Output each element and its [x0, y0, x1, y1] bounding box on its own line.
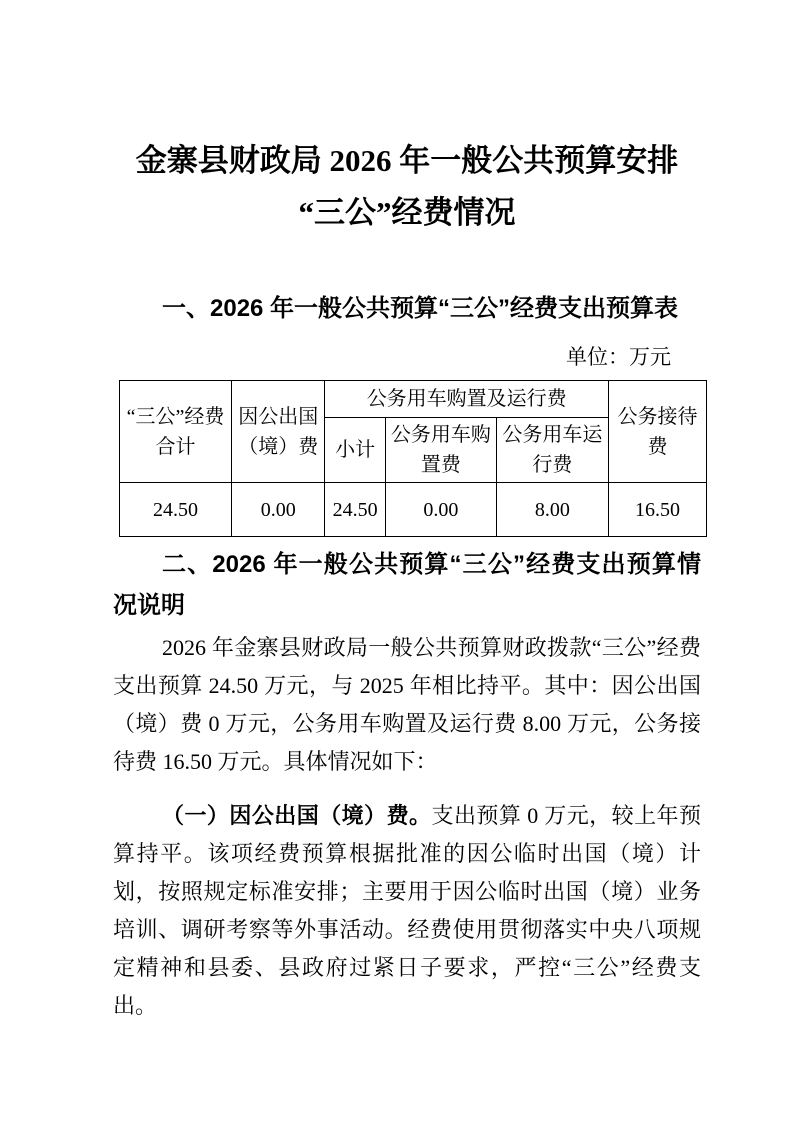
data-cell-purchase: 0.00: [385, 483, 496, 537]
section1-heading: 一、2026 年一般公共预算“三公”经费支出预算表: [113, 288, 701, 329]
section2-paragraph-2: （一）因公出国（境）费。支出预算 0 万元，较上年预算持平。该项经费预算根据批准…: [113, 797, 701, 1025]
header-cell-abroad: 因公出国（境）费: [232, 381, 325, 483]
budget-table: “三公”经费合计 因公出国（境）费 公务用车购置及运行费 公务接待费 小计 公务…: [119, 380, 707, 537]
header-cell-reception: 公务接待费: [608, 381, 706, 483]
header-cell-operation: 公务用车运行费: [496, 418, 608, 483]
header-cell-vehicle-group: 公务用车购置及运行费: [325, 381, 609, 418]
section2-heading: 二、2026 年一般公共预算“三公”经费支出预算情况说明: [113, 544, 701, 626]
data-cell-reception: 16.50: [608, 483, 706, 537]
document-title-line1: 金寨县财政局 2026 年一般公共预算安排: [113, 135, 701, 187]
header-cell-total: “三公”经费合计: [120, 381, 232, 483]
section2-paragraph-1: 2026 年金寨县财政局一般公共预算财政拨款“三公”经费支出预算 24.50 万…: [113, 629, 701, 781]
data-cell-abroad: 0.00: [232, 483, 325, 537]
data-cell-total: 24.50: [120, 483, 232, 537]
document-page: 金寨县财政局 2026 年一般公共预算安排 “三公”经费情况 一、2026 年一…: [0, 0, 793, 1122]
header-cell-subtotal: 小计: [325, 418, 385, 483]
table-data-row: 24.50 0.00 24.50 0.00 8.00 16.50: [120, 483, 707, 537]
document-title: 金寨县财政局 2026 年一般公共预算安排 “三公”经费情况: [113, 135, 701, 239]
paragraph-2-body: 支出预算 0 万元，较上年预算持平。该项经费预算根据批准的因公临时出国（境）计划…: [113, 803, 701, 1018]
data-cell-operation: 8.00: [496, 483, 608, 537]
table-header-row-1: “三公”经费合计 因公出国（境）费 公务用车购置及运行费 公务接待费: [120, 381, 707, 418]
paragraph-2-lead: （一）因公出国（境）费。: [162, 803, 432, 828]
unit-note: 单位：万元: [113, 344, 671, 370]
header-cell-purchase: 公务用车购置费: [385, 418, 496, 483]
data-cell-subtotal: 24.50: [325, 483, 385, 537]
document-title-line2: “三公”经费情况: [113, 187, 701, 239]
